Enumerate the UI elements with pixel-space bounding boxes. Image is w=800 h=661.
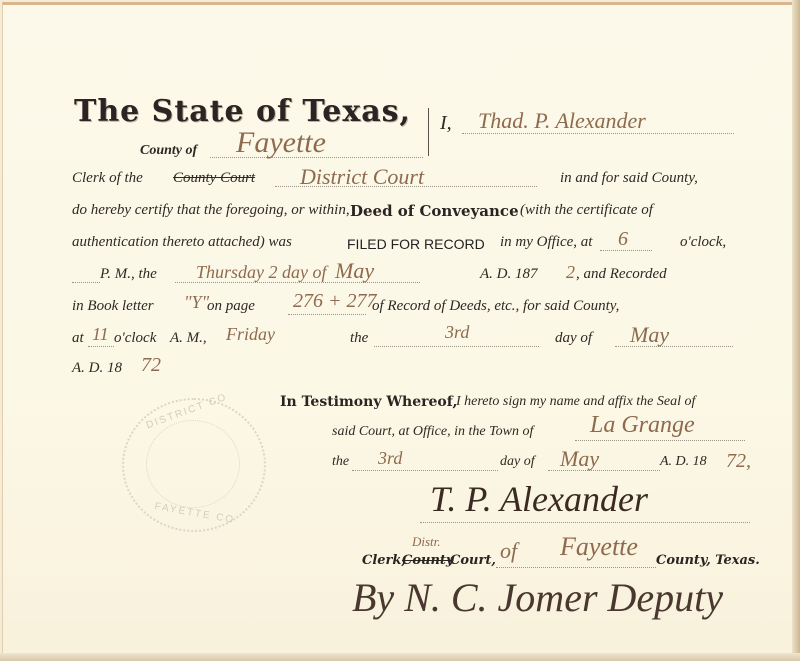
clerk-label: Clerk, — [362, 553, 406, 568]
line5-suffix: of Record of Deeds, etc., for said Count… — [372, 298, 619, 315]
county-value: Fayette — [236, 126, 326, 160]
testimony-text: I hereto sign my name and affix the Seal… — [456, 394, 695, 410]
testimony-year: 72, — [726, 450, 751, 473]
testimony-ad: A. D. 18 — [660, 454, 707, 470]
header-brace — [428, 108, 429, 156]
clerk-signature: T. P. Alexander — [430, 478, 648, 520]
line3-text: authentication thereto attached) was — [72, 234, 292, 251]
testimony-day-of: day of — [500, 454, 535, 470]
clerk-county-line — [496, 567, 656, 568]
line4-meridiem: P. M., the — [100, 266, 157, 283]
record-day: 3rd — [445, 322, 469, 343]
filed-day: Thursday 2 day of — [196, 262, 327, 283]
clerk-name-value: Thad. P. Alexander — [478, 108, 646, 134]
instrument-type: Deed of Conveyance — [350, 202, 519, 220]
line4-ad: A. D. 187 — [480, 266, 538, 283]
record-day-line — [374, 346, 539, 347]
seal-inner-ring — [146, 420, 240, 508]
record-weekday: Friday — [226, 324, 275, 345]
signature-line — [420, 522, 750, 523]
record-pages: 276 + 277 — [293, 290, 377, 313]
line7-ad: A. D. 18 — [72, 360, 122, 377]
county-texas-label: County, Texas. — [656, 553, 760, 568]
testimony-the: the — [332, 454, 349, 470]
filed-for-record: FILED FOR RECORD — [347, 236, 485, 252]
testimony-line2: said Court, at Office, in the Town of — [332, 424, 533, 440]
town-value: La Grange — [590, 412, 695, 439]
line3-suffix: o'clock, — [680, 234, 726, 251]
line6-the: the — [350, 330, 368, 347]
filed-hour: 6 — [618, 228, 628, 251]
testimony-day-line — [352, 470, 498, 471]
line2-text: do hereby certify that the foregoing, or… — [72, 202, 350, 219]
struck-county: County — [402, 553, 453, 568]
testimony-heading: In Testimony Whereof, — [280, 394, 457, 410]
document-title: The State of Texas, — [74, 94, 411, 129]
record-hour: 11 — [92, 324, 109, 345]
testimony-day: 3rd — [378, 448, 402, 469]
pages-line — [288, 314, 366, 315]
record-year: 72 — [141, 354, 161, 377]
town-line — [575, 440, 745, 441]
line1-prefix: Clerk of the — [72, 170, 143, 187]
record-hour-line — [88, 346, 114, 347]
embossed-seal: DISTRICT CO FAYETTE CO — [122, 398, 266, 532]
testimony-month: May — [560, 446, 599, 472]
clerk-of: of — [500, 538, 517, 564]
line1-suffix: in and for said County, — [560, 170, 698, 187]
clerk-prefix: I, — [440, 112, 452, 135]
line6-meridiem: A. M., — [170, 330, 207, 347]
inserted-district: Distr. — [412, 534, 441, 550]
court-label: Court, — [450, 553, 496, 568]
line4-suffix: , and Recorded — [576, 266, 667, 283]
deputy-signature: By N. C. Jomer Deputy — [352, 574, 723, 621]
page-edge — [792, 0, 800, 661]
record-month: May — [630, 322, 669, 348]
line3-mid: in my Office, at — [500, 234, 592, 251]
line6-prefix: at — [72, 330, 84, 347]
page-bottom-edge — [0, 653, 800, 661]
meridiem-line — [72, 282, 100, 283]
line6-oclock: o'clock — [114, 330, 156, 347]
book-letter: "Y" — [184, 292, 209, 313]
line5-mid: on page — [207, 298, 255, 315]
court-value: District Court — [300, 164, 424, 190]
line2-suffix: (with the certificate of — [520, 202, 653, 219]
struck-county-court: County Court — [173, 170, 255, 187]
county-label: County of — [140, 143, 197, 159]
filed-year-digit: 2 — [566, 262, 575, 283]
line6-day-of: day of — [555, 330, 592, 347]
line5-prefix: in Book letter — [72, 298, 154, 315]
clerk-county: Fayette — [560, 532, 638, 562]
filed-month: May — [335, 258, 374, 284]
